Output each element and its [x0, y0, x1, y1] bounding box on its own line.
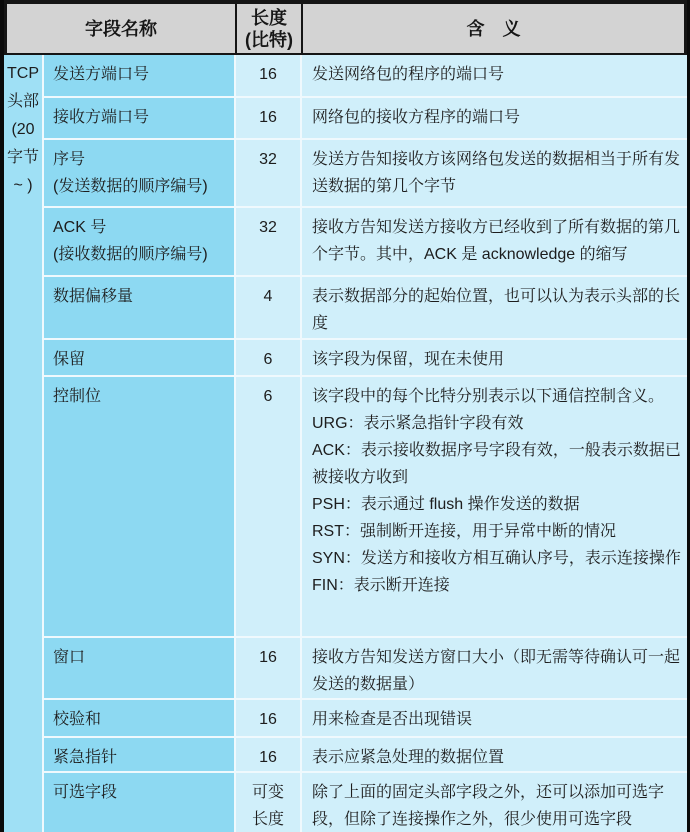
meaning-cell: 该字段为保留，现在未使用: [302, 340, 687, 375]
table-body: TCP 头部 (20 字节 ~ ) 发送方端口号 16 发送网络包的程序的端口号…: [4, 55, 687, 832]
length-bits-cell: 16: [236, 98, 300, 138]
meaning-cell: 表示数据部分的起始位置，也可以认为表示头部的长度: [302, 277, 687, 338]
tcp-header-fields-table: 字段名称 长度 (比特) 含 义 TCP 头部 (20 字节 ~ ) 发送方端口…: [4, 0, 687, 832]
tcp-header-fields-page: 字段名称 长度 (比特) 含 义 TCP 头部 (20 字节 ~ ) 发送方端口…: [0, 0, 690, 832]
meaning-cell: 表示应紧急处理的数据位置: [302, 738, 687, 771]
field-name-cell: 窗口: [44, 638, 234, 698]
table-header-row: 字段名称 长度 (比特) 含 义: [4, 0, 687, 55]
length-bits-cell: 16: [236, 700, 300, 736]
meaning-cell: 接收方告知发送方接收方已经收到了所有数据的第几个字节。其中，ACK 是 ackn…: [302, 208, 687, 275]
field-name-cell: 序号 (发送数据的顺序编号): [44, 140, 234, 206]
meaning-cell: 用来检查是否出现错误: [302, 700, 687, 736]
side-label-tcp-header: TCP 头部 (20 字节 ~ ): [4, 55, 42, 832]
length-bits-cell: 可变 长度: [236, 773, 300, 832]
length-bits-cell: 6: [236, 340, 300, 375]
meaning-cell: 接收方告知发送方窗口大小（即无需等待确认可一起发送的数据量）: [302, 638, 687, 698]
length-bits-cell: 6: [236, 377, 300, 636]
meaning-cell: 发送方告知接收方该网络包发送的数据相当于所有发送数据的第几个字节: [302, 140, 687, 206]
field-name-cell: 接收方端口号: [44, 98, 234, 138]
meaning-cell: 网络包的接收方程序的端口号: [302, 98, 687, 138]
field-name-cell: 校验和: [44, 700, 234, 736]
field-name-cell: 保留: [44, 340, 234, 375]
length-bits-cell: 16: [236, 55, 300, 96]
col-header-field-name: 字段名称: [7, 4, 235, 53]
meaning-cell: 发送网络包的程序的端口号: [302, 55, 687, 96]
col-header-meaning: 含 义: [303, 4, 684, 53]
meaning-cell: 该字段中的每个比特分别表示以下通信控制含义。 URG：表示紧急指针字段有效 AC…: [302, 377, 687, 636]
field-name-cell: 数据偏移量: [44, 277, 234, 338]
field-name-cell: 可选字段: [44, 773, 234, 832]
length-bits-cell: 16: [236, 638, 300, 698]
field-name-cell: ACK 号 (接收数据的顺序编号): [44, 208, 234, 275]
field-name-cell: 控制位: [44, 377, 234, 636]
meaning-cell: 除了上面的固定头部字段之外，还可以添加可选字段，但除了连接操作之外，很少使用可选…: [302, 773, 687, 832]
length-bits-cell: 32: [236, 140, 300, 206]
col-header-length-bits: 长度 (比特): [237, 4, 301, 53]
length-bits-cell: 32: [236, 208, 300, 275]
field-name-cell: 发送方端口号: [44, 55, 234, 96]
field-name-cell: 紧急指针: [44, 738, 234, 771]
length-bits-cell: 16: [236, 738, 300, 771]
length-bits-cell: 4: [236, 277, 300, 338]
